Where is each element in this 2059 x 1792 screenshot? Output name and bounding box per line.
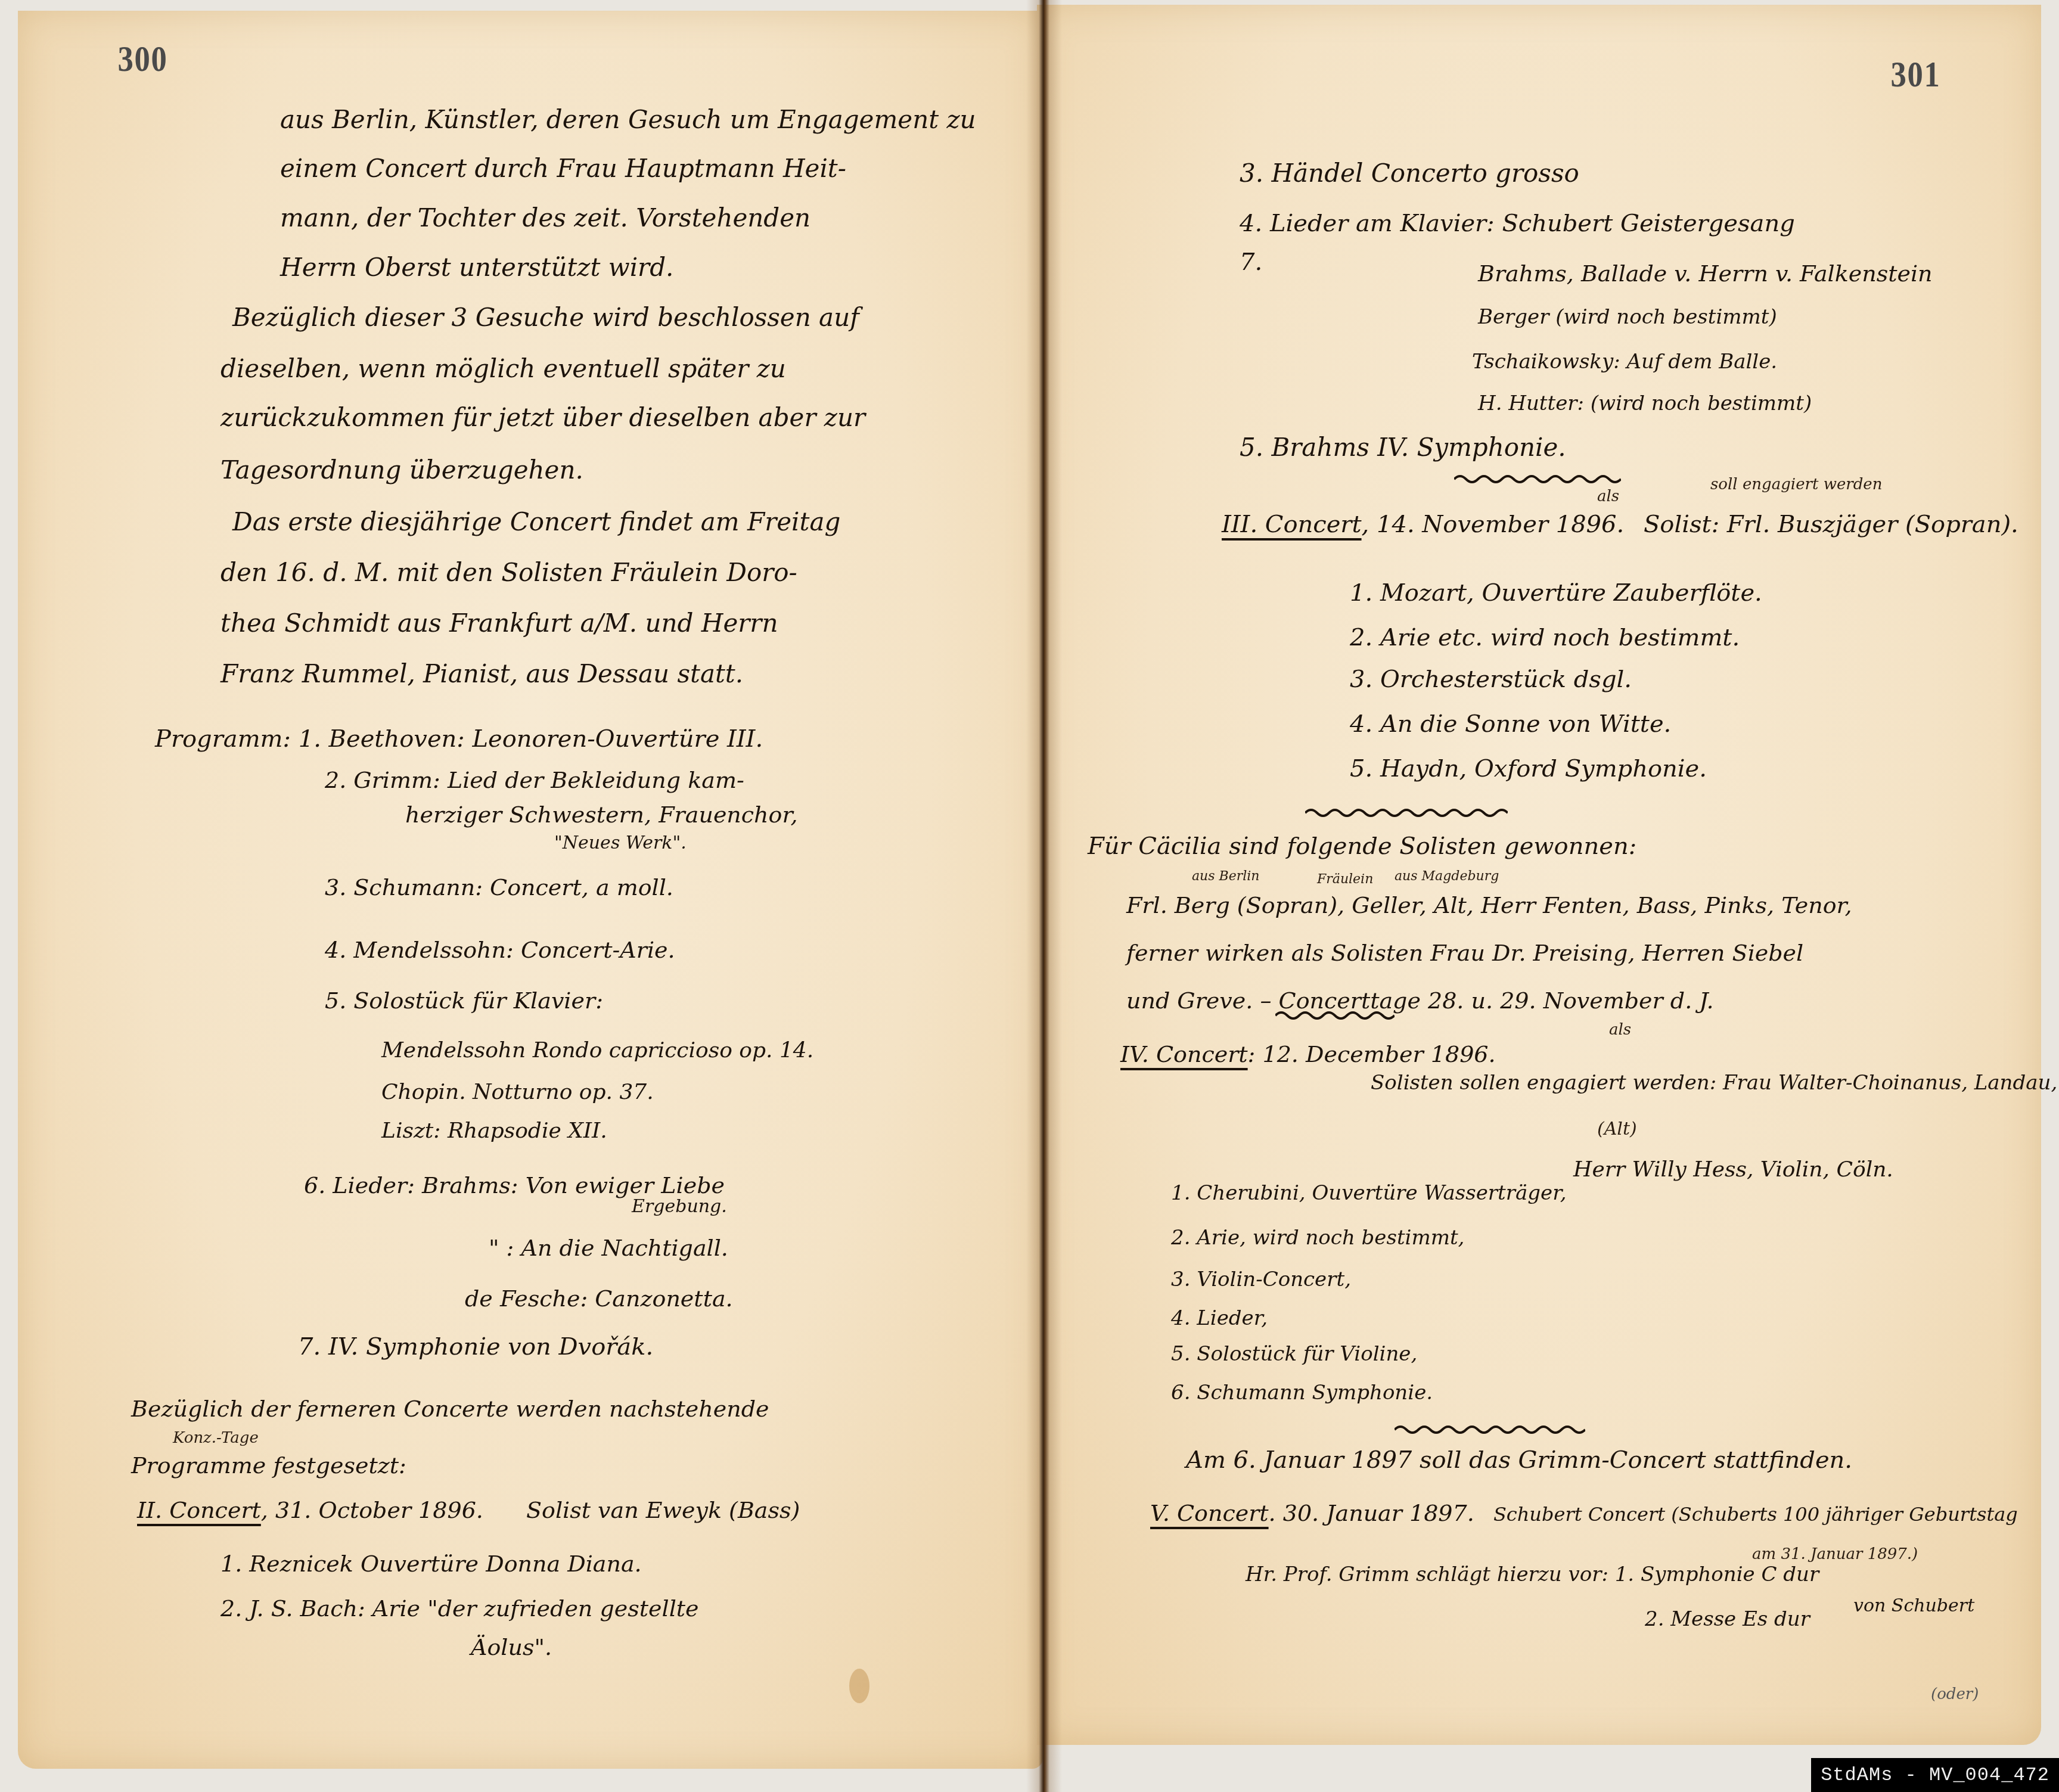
program-item: 4. Lieder am Klavier: Schubert Geisterge… xyxy=(1240,212,1795,235)
text-line: einem Concert durch Frau Hauptmann Heit- xyxy=(280,156,846,181)
annotation: am 31. Januar 1897.) xyxy=(1752,1546,1918,1562)
margin-note: (oder) xyxy=(1931,1687,1979,1702)
concert-item: 2. J. S. Bach: Arie "der zufrieden geste… xyxy=(221,1597,699,1620)
annotation: aus Berlin xyxy=(1192,870,1260,883)
annotation: als xyxy=(1609,1022,1631,1038)
program-item: herziger Schwestern, Frauenchor, xyxy=(405,803,798,826)
text-line: aus Berlin, Künstler, deren Gesuch um En… xyxy=(280,107,976,132)
concert-item: 3. Violin-Concert, xyxy=(1171,1269,1351,1290)
text-line: zurückzukommen für jetzt über dieselben … xyxy=(221,405,865,430)
program-item: 3. Händel Concerto grosso xyxy=(1240,161,1579,186)
concert-3-heading: III. Concert, 14. November 1896. Solist:… xyxy=(1222,513,2018,536)
concert-heading: IV. Concert xyxy=(1120,1041,1248,1067)
divider-squiggle xyxy=(1275,1007,1395,1021)
concert-proposal: Hr. Prof. Grimm schlägt hierzu vor: 1. S… xyxy=(1246,1564,1819,1585)
book-gutter xyxy=(1026,0,1062,1792)
caecilia-intro: Für Cäcilia sind folgende Solisten gewon… xyxy=(1088,834,1636,858)
divider-squiggle xyxy=(1305,805,1508,819)
concert-proposal: 2. Messe Es dur xyxy=(1645,1609,1810,1629)
annotation: (Alt) xyxy=(1597,1120,1637,1138)
concert-soloist: Solist: Frl. Buszjäger (Sopran). xyxy=(1644,511,2018,538)
caecilia-soloists: ferner wirken als Solisten Frau Dr. Prei… xyxy=(1126,942,1803,964)
concert-2-heading: II. Concert, 31. October 1896. Solist va… xyxy=(137,1499,800,1521)
program-item: " : An die Nachtigall. xyxy=(489,1237,728,1259)
text-line: Bezüglich der ferneren Concerte werden n… xyxy=(131,1397,769,1420)
concert-date: , 31. October 1896. xyxy=(261,1497,483,1523)
program-item: 5. Brahms IV. Symphonie. xyxy=(1240,435,1566,460)
concert-date: . 30. Januar 1897. xyxy=(1269,1500,1474,1526)
concert-item: 2. Arie etc. wird noch bestimmt. xyxy=(1350,626,1740,650)
text-line: Das erste diesjährige Concert findet am … xyxy=(232,510,840,535)
program-item: 6. Lieder: Brahms: Von ewiger Liebe xyxy=(304,1174,725,1197)
program-item: H. Hutter: (wird noch bestimmt) xyxy=(1478,393,1812,414)
annotation: als xyxy=(1597,489,1619,504)
concert-soloist: Herr Willy Hess, Violin, Cöln. xyxy=(1573,1159,1893,1181)
text-line: Herrn Oberst unterstützt wird. xyxy=(280,255,673,280)
program-item: Liszt: Rhapsodie XII. xyxy=(381,1120,607,1142)
concert-date: , 14. November 1896. xyxy=(1362,511,1625,538)
text-line: dieselben, wenn möglich eventuell später… xyxy=(221,356,786,381)
program-item: 5. Solostück für Klavier: xyxy=(325,989,603,1012)
stain xyxy=(849,1669,869,1703)
program-item: 7. IV. Symphonie von Dvořák. xyxy=(298,1335,653,1359)
text-line: Bezüglich dieser 3 Gesuche wird beschlos… xyxy=(232,305,859,330)
annotation: Konz.-Tage xyxy=(173,1430,259,1446)
text-line: Tagesordnung überzugehen. xyxy=(221,458,583,483)
caecilia-soloists: Frl. Berg (Sopran), Geller, Alt, Herr Fe… xyxy=(1126,894,1852,917)
concert-item: Äolus". xyxy=(471,1636,552,1659)
concert-soloist: Solisten sollen engagiert werden: Frau W… xyxy=(1371,1073,2057,1093)
concert-heading: II. Concert xyxy=(137,1497,261,1523)
page-number-left: 300 xyxy=(117,38,167,80)
text-line: den 16. d. M. mit den Solisten Fräulein … xyxy=(221,560,797,585)
concert-item: 2. Arie, wird noch bestimmt, xyxy=(1171,1228,1464,1248)
program-item: 7. xyxy=(1240,250,1262,274)
text-line: thea Schmidt aus Frankfurt a/M. und Herr… xyxy=(221,611,778,636)
concert-5-heading: V. Concert. 30. Januar 1897. Schubert Co… xyxy=(1150,1502,2018,1524)
annotation: aus Magdeburg xyxy=(1395,870,1499,883)
program-item: de Fesche: Canzonetta. xyxy=(465,1287,733,1310)
page-number-right: 301 xyxy=(1890,54,1940,96)
concert-item: 4. An die Sonne von Witte. xyxy=(1350,712,1671,736)
divider-squiggle xyxy=(1454,471,1621,485)
divider-squiggle xyxy=(1395,1421,1585,1436)
program-item: Berger (wird noch bestimmt) xyxy=(1478,307,1777,327)
program-item: Mendelssohn Rondo capriccioso op. 14. xyxy=(381,1040,813,1061)
concert-item: 5. Solostück für Violine, xyxy=(1171,1344,1417,1364)
text-line: mann, der Tochter des zeit. Vorstehenden xyxy=(280,206,810,231)
text-line: Programme festgesetzt: xyxy=(131,1454,406,1477)
concert-item: 5. Haydn, Oxford Symphonie. xyxy=(1350,757,1707,781)
program-item: 3. Schumann: Concert, a moll. xyxy=(325,876,673,899)
concert-item: 3. Orchesterstück dsgl. xyxy=(1350,667,1632,691)
annotation: Fräulein xyxy=(1317,873,1373,886)
program-item: 2. Grimm: Lied der Bekleidung kam- xyxy=(325,769,744,791)
concert-heading: V. Concert xyxy=(1150,1500,1269,1526)
program-item: Chopin. Notturno op. 37. xyxy=(381,1082,654,1103)
concert-item: 4. Lieder, xyxy=(1171,1308,1268,1328)
concert-item: 1. Mozart, Ouvertüre Zauberflöte. xyxy=(1350,581,1762,605)
concert-item: 6. Schumann Symphonie. xyxy=(1171,1383,1433,1403)
program-item: 4. Mendelssohn: Concert-Arie. xyxy=(325,939,675,961)
program-heading: Programm: 1. Beethoven: Leonoren-Ouvertü… xyxy=(155,727,763,751)
program-item: Ergebung. xyxy=(632,1198,727,1216)
concert-title: Schubert Concert (Schuberts 100 jähriger… xyxy=(1493,1503,2018,1526)
annotation: soll engagiert werden xyxy=(1710,477,1883,492)
concert-heading: III. Concert xyxy=(1222,511,1362,538)
text-line: Franz Rummel, Pianist, aus Dessau statt. xyxy=(221,661,743,687)
concert-proposal-composer: von Schubert xyxy=(1853,1597,1974,1615)
concert-soloist: Solist van Eweyk (Bass) xyxy=(526,1497,800,1523)
program-item: "Neues Werk". xyxy=(554,834,687,852)
concert-item: 1. Reznicek Ouvertüre Donna Diana. xyxy=(221,1552,642,1575)
program-item: Brahms, Ballade v. Herrn v. Falkenstein xyxy=(1478,262,1933,285)
archive-stamp: StdAMs - MV_004_472 xyxy=(1811,1758,2059,1792)
program-item: Tschaikowsky: Auf dem Balle. xyxy=(1472,352,1777,372)
concert-date: : 12. December 1896. xyxy=(1248,1041,1496,1067)
concert-4-heading: IV. Concert: 12. December 1896. xyxy=(1120,1043,1496,1066)
caecilia-dates: und Greve. – Concerttage 28. u. 29. Nove… xyxy=(1126,989,1714,1012)
concert-item: 1. Cherubini, Ouvertüre Wasserträger, xyxy=(1171,1183,1566,1203)
grimm-concert-note: Am 6. Januar 1897 soll das Grimm-Concert… xyxy=(1186,1448,1852,1472)
